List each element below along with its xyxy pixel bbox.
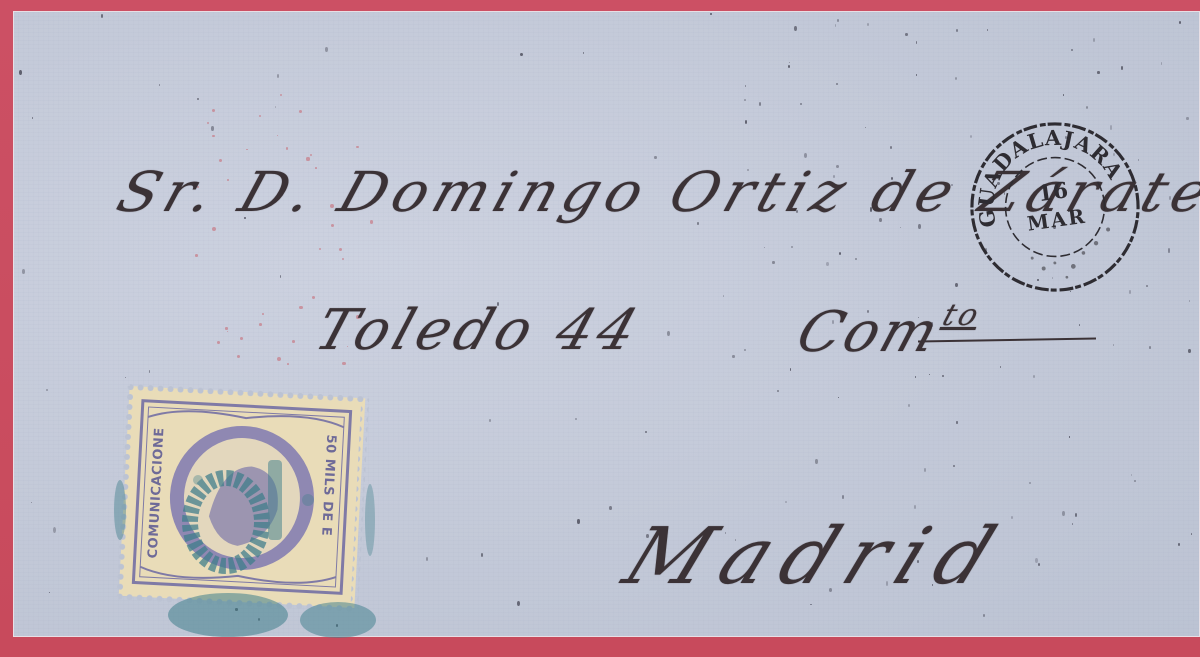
paper-speck [19, 70, 22, 75]
paper-speck [22, 269, 25, 274]
paper-speck [481, 553, 483, 557]
foxing-spot [195, 254, 198, 257]
paper-speck [842, 495, 844, 498]
paper-speck [794, 26, 797, 31]
paper-speck [953, 465, 955, 467]
paper-speck [211, 126, 214, 130]
paper-speck [914, 505, 917, 509]
paper-speck [855, 258, 858, 261]
paper-speck [159, 84, 161, 86]
paper-speck [577, 519, 580, 523]
paper-speck [1178, 543, 1180, 546]
foxing-spot [259, 115, 262, 118]
paper-speck [280, 275, 281, 278]
paper-speck [1071, 49, 1073, 51]
paper-speck [800, 103, 801, 105]
paper-speck [1069, 436, 1070, 438]
paper-speck [1033, 375, 1035, 378]
paper-speck [1191, 533, 1192, 535]
paper-speck [956, 421, 957, 423]
street-line: Toledo 44 [307, 298, 650, 363]
paper-speck [924, 468, 926, 472]
paper-speck [235, 608, 237, 611]
paper-speck [426, 557, 428, 561]
paper-speck [667, 331, 670, 336]
paper-speck [1072, 523, 1073, 525]
paper-speck [908, 404, 909, 407]
paper-speck [1000, 366, 1001, 368]
paper-speck [744, 349, 746, 351]
foxing-spot [287, 363, 289, 365]
paper-speck [804, 153, 807, 158]
paper-speck [1062, 511, 1065, 516]
paper-speck [149, 370, 151, 373]
postage-stamp: COMUNICACIONES 50 MILS DE E [114, 382, 369, 612]
paper-speck [790, 368, 792, 371]
paper-speck [46, 389, 48, 392]
foxing-spot [212, 227, 216, 231]
city-line: Madrid [612, 512, 1021, 602]
paper-speck [197, 98, 199, 100]
paper-speck [1029, 482, 1031, 485]
paper-speck [745, 85, 746, 87]
foxing-spot [277, 135, 279, 137]
foxing-spot [227, 331, 229, 333]
paper-speck [1129, 290, 1132, 294]
svg-text:16: 16 [1036, 178, 1069, 207]
paper-speck [955, 77, 957, 80]
paper-speck [835, 24, 837, 27]
circular-datestamp-icon: GUADALAJARA 16 MAR [954, 106, 1155, 307]
foxing-spot [212, 109, 215, 112]
paper-speck [1121, 66, 1123, 70]
paper-speck [916, 41, 918, 44]
paper-speck [101, 14, 103, 18]
paper-speck [325, 47, 328, 52]
paper-speck [1131, 474, 1132, 476]
foxing-spot [217, 341, 220, 344]
paper-speck [1079, 324, 1080, 326]
note-line: Comto [789, 298, 986, 365]
paper-speck [867, 23, 869, 26]
paper-speck [983, 614, 985, 617]
paper-speck [1086, 106, 1088, 109]
paper-speck [1168, 248, 1171, 253]
foxing-spot [299, 306, 303, 310]
foxing-spot [356, 146, 358, 148]
paper-speck [275, 106, 276, 108]
paper-speck [929, 374, 930, 375]
paper-speck [53, 527, 56, 533]
paper-speck [49, 592, 50, 593]
paper-speck [1186, 117, 1188, 120]
paper-speck [759, 102, 761, 106]
paper-speck [1134, 480, 1136, 482]
paper-speck [916, 74, 917, 76]
foxing-spot [331, 224, 334, 227]
paper-speck [956, 29, 958, 33]
paper-speck [517, 601, 520, 606]
foxing-spot [259, 323, 262, 326]
paper-speck [942, 375, 944, 377]
postmark: GUADALAJARA 16 MAR [954, 106, 1155, 307]
foxing-spot [310, 154, 312, 156]
paper-speck [1075, 513, 1077, 517]
foxing-spot [207, 122, 210, 125]
foxing-spot [280, 94, 282, 96]
paper-speck [918, 224, 921, 229]
foxing-spot [240, 337, 243, 340]
paper-speck [837, 19, 839, 22]
paper-speck [258, 618, 260, 621]
paper-speck [710, 13, 712, 15]
foxing-spot [212, 135, 214, 137]
paper-speck [788, 65, 790, 68]
paper-speck [1097, 71, 1099, 74]
paper-speck [723, 295, 724, 297]
foxing-spot [292, 340, 295, 343]
paper-speck [1161, 62, 1162, 64]
paper-speck [777, 390, 778, 392]
paper-speck [1093, 38, 1095, 43]
svg-text:MAR: MAR [1026, 204, 1088, 236]
foxing-spot [339, 248, 343, 252]
paper-speck [583, 52, 584, 54]
paper-speck [838, 397, 839, 398]
paper-speck [915, 376, 916, 377]
foxing-spot [237, 355, 241, 359]
paper-speck [645, 431, 647, 433]
paper-speck [744, 99, 746, 101]
paper-speck [336, 624, 338, 628]
paper-speck [900, 227, 901, 228]
foxing-spot [262, 313, 264, 315]
foxing-spot [246, 149, 248, 151]
note-text: Com [789, 300, 949, 365]
foxing-spot [319, 248, 321, 250]
paper-speck [489, 419, 491, 422]
paper-speck [789, 62, 790, 63]
paper-speck [745, 120, 747, 124]
paper-speck [609, 506, 612, 510]
paper-speck [32, 117, 33, 119]
paper-speck [1189, 300, 1190, 302]
paper-speck [839, 252, 842, 255]
paper-speck [890, 146, 892, 149]
paper-speck [905, 33, 908, 36]
paper-speck [1149, 346, 1151, 349]
foxing-spot [286, 147, 289, 150]
paper-speck [520, 53, 523, 56]
paper-speck [1038, 563, 1040, 566]
paper-speck [1113, 344, 1114, 346]
paper-speck [865, 127, 866, 128]
paper-speck [125, 377, 126, 379]
paper-speck [955, 283, 958, 287]
foxing-spot [312, 296, 315, 299]
paper-speck [826, 262, 829, 266]
paper-speck [1188, 349, 1191, 353]
paper-speck [31, 502, 32, 503]
paper-speck [772, 261, 774, 264]
foxing-spot [299, 110, 302, 113]
paper-speck [810, 604, 811, 606]
paper-speck [764, 247, 765, 249]
paper-speck [791, 246, 793, 249]
foxing-spot [342, 258, 344, 260]
paper-speck [815, 459, 818, 464]
paper-speck [277, 74, 279, 78]
paper-speck [732, 355, 734, 358]
paper-speck [1179, 21, 1181, 24]
paper-speck [785, 501, 786, 503]
paper-speck [1063, 94, 1064, 96]
foxing-spot [225, 327, 227, 329]
paper-speck [987, 29, 988, 31]
paper-speck [836, 83, 838, 86]
paper-speck [575, 418, 576, 420]
paper-speck [1146, 285, 1148, 287]
foxing-spot [277, 357, 281, 361]
